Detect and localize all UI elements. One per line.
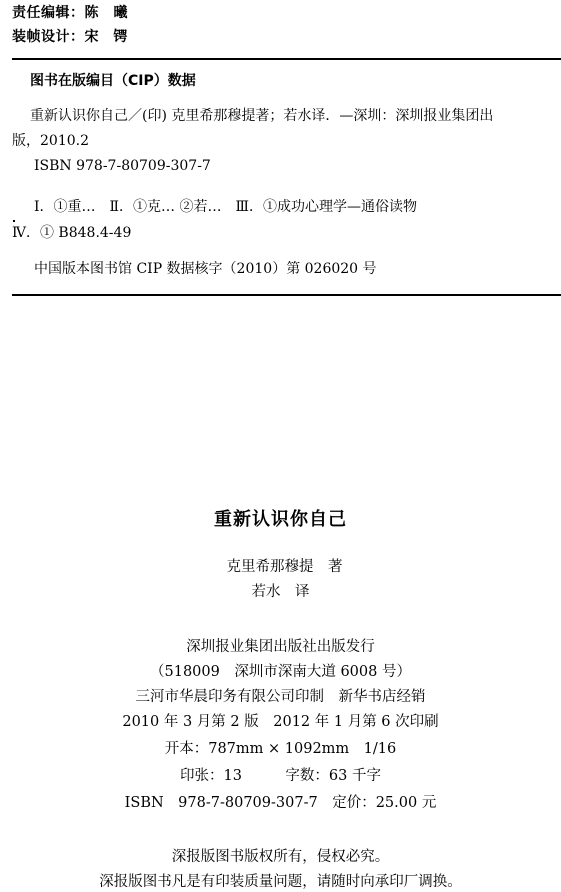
book-author: 克里希那穆提 著 xyxy=(0,555,561,576)
cip-isbn: ISBN 978-7-80709-307-7 xyxy=(34,158,211,174)
cip-heading: 图书在版编目（CIP）数据 xyxy=(30,70,196,90)
editor-credit: 责任编辑：陈 曦 xyxy=(12,2,128,22)
bottom-divider xyxy=(12,294,561,296)
book-translator: 若水 译 xyxy=(0,580,561,601)
cip-record-number: 中国版本图书馆 CIP 数据核字（2010）第 026020 号 xyxy=(34,258,377,278)
isbn-price: ISBN 978-7-80709-307-7 定价：25.00 元 xyxy=(0,791,561,812)
cip-subject-line2: Ⅳ．① B848.4-49 xyxy=(12,222,131,242)
top-divider xyxy=(12,58,561,60)
publisher: 深圳报业集团出版社出版发行 xyxy=(0,635,561,656)
edition-info: 2010 年 3 月第 2 版 2012 年 1 月第 6 次印刷 xyxy=(0,710,561,731)
sheets-words-info: 印张：13 字数：63 千字 xyxy=(0,764,561,785)
quality-notice: 深报版图书凡是有印装质量问题，请随时向承印厂调换。 xyxy=(0,870,561,891)
cip-entry-line2: 版，2010.2 xyxy=(12,130,89,150)
publisher-address: （518009 深圳市深南大道 6008 号） xyxy=(0,660,561,681)
book-title: 重新认识你自己 xyxy=(0,505,561,531)
format-info: 开本：787mm × 1092mm 1/16 xyxy=(0,737,561,758)
copyright-notice: 深报版图书版权所有，侵权必究。 xyxy=(0,845,561,866)
designer-credit: 装帧设计：宋 锷 xyxy=(12,26,128,46)
printer-distributor: 三河市华晨印务有限公司印制 新华书店经销 xyxy=(0,685,561,706)
cip-subject-line1: Ⅰ．①重… Ⅱ．①克… ②若… Ⅲ．①成功心理学—通俗读物 xyxy=(34,196,417,216)
cip-entry-line1: 重新认识你自己／(印) 克里希那穆提著；若水译．—深圳：深圳报业集团出 xyxy=(30,105,493,125)
